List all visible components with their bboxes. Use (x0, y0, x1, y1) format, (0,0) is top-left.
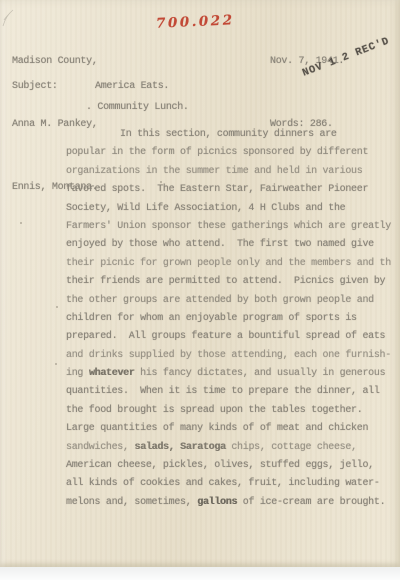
subject-subtitle: . Community Lunch. (86, 102, 189, 113)
body-line: sandwiches, salads, Saratoga chips, cott… (66, 439, 392, 457)
body-line: Large quantities of many kinds of of mea… (66, 420, 392, 438)
body-text-segment: In this section, community dinners are (120, 129, 337, 140)
body-text-segment: melons and, sometimes, (66, 497, 197, 508)
body-line: children for whom an enjoyable program o… (66, 310, 392, 328)
body-line: Society, Wild Life Association, 4 H Club… (66, 200, 392, 218)
body-text-segment: their picnic for grown people only and t… (66, 258, 391, 269)
body-line: their picnic for grown people only and t… (66, 255, 392, 273)
body-text-segment: chips, cottage cheese, (226, 442, 357, 453)
body-text-segment: organizations in the summer time and hel… (66, 166, 362, 177)
body-text-segment: Large quantities of many kinds of of mea… (66, 423, 368, 434)
body-line: American cheese, pickles, olives, stuffe… (66, 457, 392, 475)
county-line: Madison County, (12, 51, 98, 72)
body-line: melons and, sometimes, gallons of ice-cr… (66, 494, 392, 512)
body-text-segment: the food brought is spread upon the tabl… (66, 405, 362, 416)
body-text-segment: favored spots. The Eastern Star, Fairwea… (66, 184, 368, 195)
body-text-segment: popular in the form of picnics sponsored… (66, 147, 368, 158)
body-line: organizations in the summer time and hel… (66, 163, 392, 181)
body-text-segment: their friends are permitted to attend. P… (66, 276, 385, 287)
overstruck-word: salads, (134, 442, 174, 453)
scan-background (0, 567, 400, 580)
subject-title: America Eats. (95, 81, 169, 92)
body-text-segment: his fancy dictates, and usually in gener… (134, 368, 385, 379)
body-line: all kinds of cookies and cakes, fruit, i… (66, 475, 392, 493)
file-number-handwritten: 700.022 (156, 12, 235, 31)
body-text-segment: sandwiches, (66, 442, 134, 453)
body-text-segment: children for whom an enjoyable program o… (66, 313, 357, 324)
paper-speck (55, 363, 57, 365)
body-line: Farmers' Union sponsor these gatherings … (66, 218, 392, 236)
body-line: In this section, community dinners are (66, 126, 392, 144)
body-text-segment: Farmers' Union sponsor these gatherings … (66, 221, 391, 232)
scanned-document-page: Madison County, Anna M. Pankey, Ennis, M… (0, 0, 400, 580)
body-line: enjoyed by those who attend. The first t… (66, 236, 392, 254)
overstruck-word: Saratoga (180, 442, 226, 453)
document-paper: Madison County, Anna M. Pankey, Ennis, M… (0, 0, 400, 567)
body-line: their friends are permitted to attend. P… (66, 273, 392, 291)
subject-label: Subject: (12, 81, 58, 92)
body-line: ing whatever his fancy dictates, and usu… (66, 365, 392, 383)
body-text-segment: the other groups are attended by both gr… (66, 295, 374, 306)
body-text-segment: ing (66, 368, 89, 379)
overstruck-word: whatever (89, 368, 135, 379)
body-text-segment: of ice-cream are brought. (237, 497, 385, 508)
document-body: In this section, community dinners arepo… (66, 126, 392, 512)
body-line: the other groups are attended by both gr… (66, 292, 392, 310)
body-line: popular in the form of picnics sponsored… (66, 144, 392, 162)
body-line: quantities. When it is time to prepare t… (66, 383, 392, 401)
body-text-segment: quantities. When it is time to prepare t… (66, 386, 380, 397)
paper-speck (56, 306, 58, 308)
body-line: favored spots. The Eastern Star, Fairwea… (66, 181, 392, 199)
body-text-segment: American cheese, pickles, olives, stuffe… (66, 460, 374, 471)
body-text-segment: Society, Wild Life Association, 4 H Club… (66, 203, 345, 214)
body-text-segment: enjoyed by those who attend. The first t… (66, 239, 374, 250)
body-text-segment: all kinds of cookies and cakes, fruit, i… (66, 478, 380, 489)
overstruck-word: gallons (197, 497, 237, 508)
body-line: and drinks supplied by those attending, … (66, 347, 392, 365)
body-line: the food brought is spread upon the tabl… (66, 402, 392, 420)
body-text-segment: and drinks supplied by those attending, … (66, 350, 391, 361)
body-line: prepared. All groups feature a bountiful… (66, 328, 392, 346)
body-text-segment: prepared. All groups feature a bountiful… (66, 331, 385, 342)
